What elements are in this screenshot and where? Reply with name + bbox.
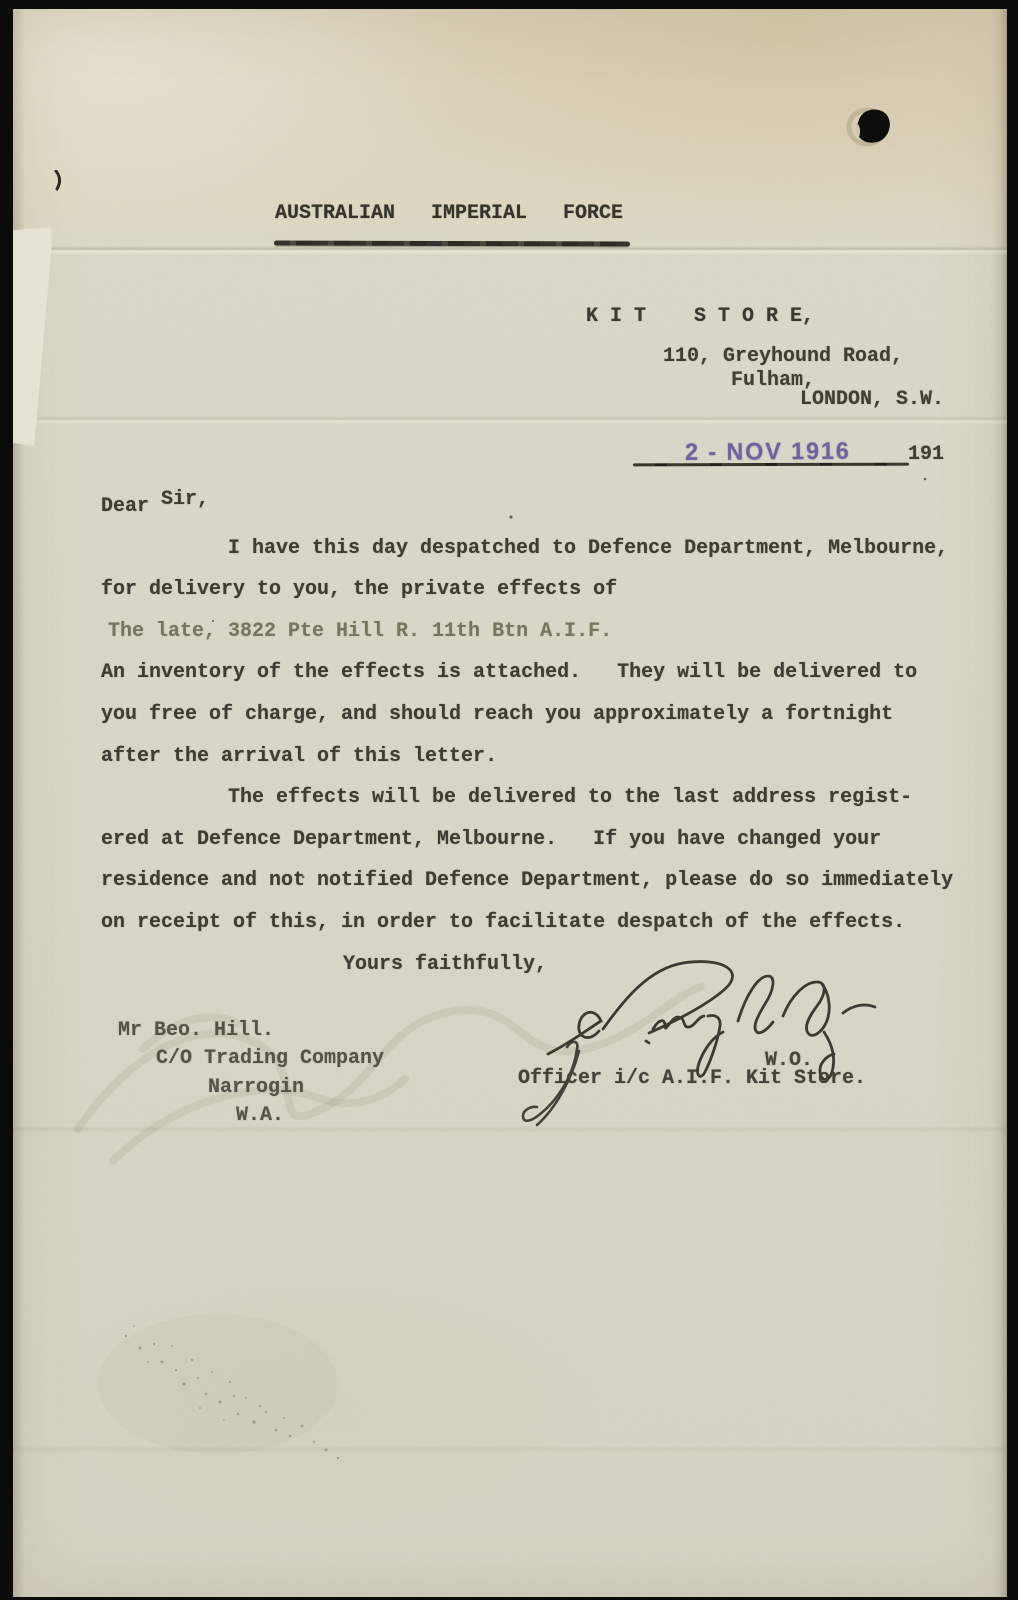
body-line: after the arrival of this letter. [101,736,996,778]
body-line: ered at Defence Department, Melbourne. I… [101,819,996,861]
year-prefix: 191 [908,443,944,466]
recipient-line: Mr Beo. Hill. [118,1017,384,1045]
paper-hole [845,104,895,150]
scanned-letter: AUSTRALIAN IMPERIAL FORCE K I T S T O R … [0,0,1018,1600]
org-header: AUSTRALIAN IMPERIAL FORCE [275,202,623,225]
recipient-line: W.A. [236,1102,384,1130]
body-line: I have this day despatched to Defence De… [101,528,996,570]
sender-address-line: LONDON, S.W. [800,388,944,411]
body-line: An inventory of the effects is attached.… [101,652,996,694]
ink-mark [53,170,65,192]
recipient-block: Mr Beo. Hill. C/O Trading Company Narrog… [118,1017,384,1131]
letter-body: Dear Sir, I have this day despatched to … [101,486,996,985]
kit-store-title: K I T S T O R E, [586,305,814,328]
letter-page: AUSTRALIAN IMPERIAL FORCE K I T S T O R … [13,9,1007,1597]
body-line: for delivery to you, the private effects… [101,569,996,611]
body-line: on receipt of this, in order to facilita… [101,902,996,944]
body-line: you free of charge, and should reach you… [101,694,996,736]
recipient-line: Narrogin [208,1074,384,1102]
date-underline [633,463,909,467]
body-line: residence and not notified Defence Depar… [101,860,996,902]
salutation-sir: Sir, [161,488,209,511]
sender-address-line: 110, Greyhound Road, [663,345,903,368]
closing: Yours faithfully, [101,944,996,986]
speckle-patch [88,1274,368,1484]
tape-patch [13,226,57,447]
body-line: The effects will be delivered to the las… [101,777,996,819]
header-underline [274,241,630,247]
signer-title: Officer i/c A.I.F. Kit Store. [518,1067,866,1090]
salutation-dear: Dear [101,495,161,518]
body-line: The late, 3822 Pte Hill R. 11th Btn A.I.… [101,611,996,653]
recipient-line: C/O Trading Company [156,1045,384,1073]
salutation: Dear Sir, [101,486,996,528]
